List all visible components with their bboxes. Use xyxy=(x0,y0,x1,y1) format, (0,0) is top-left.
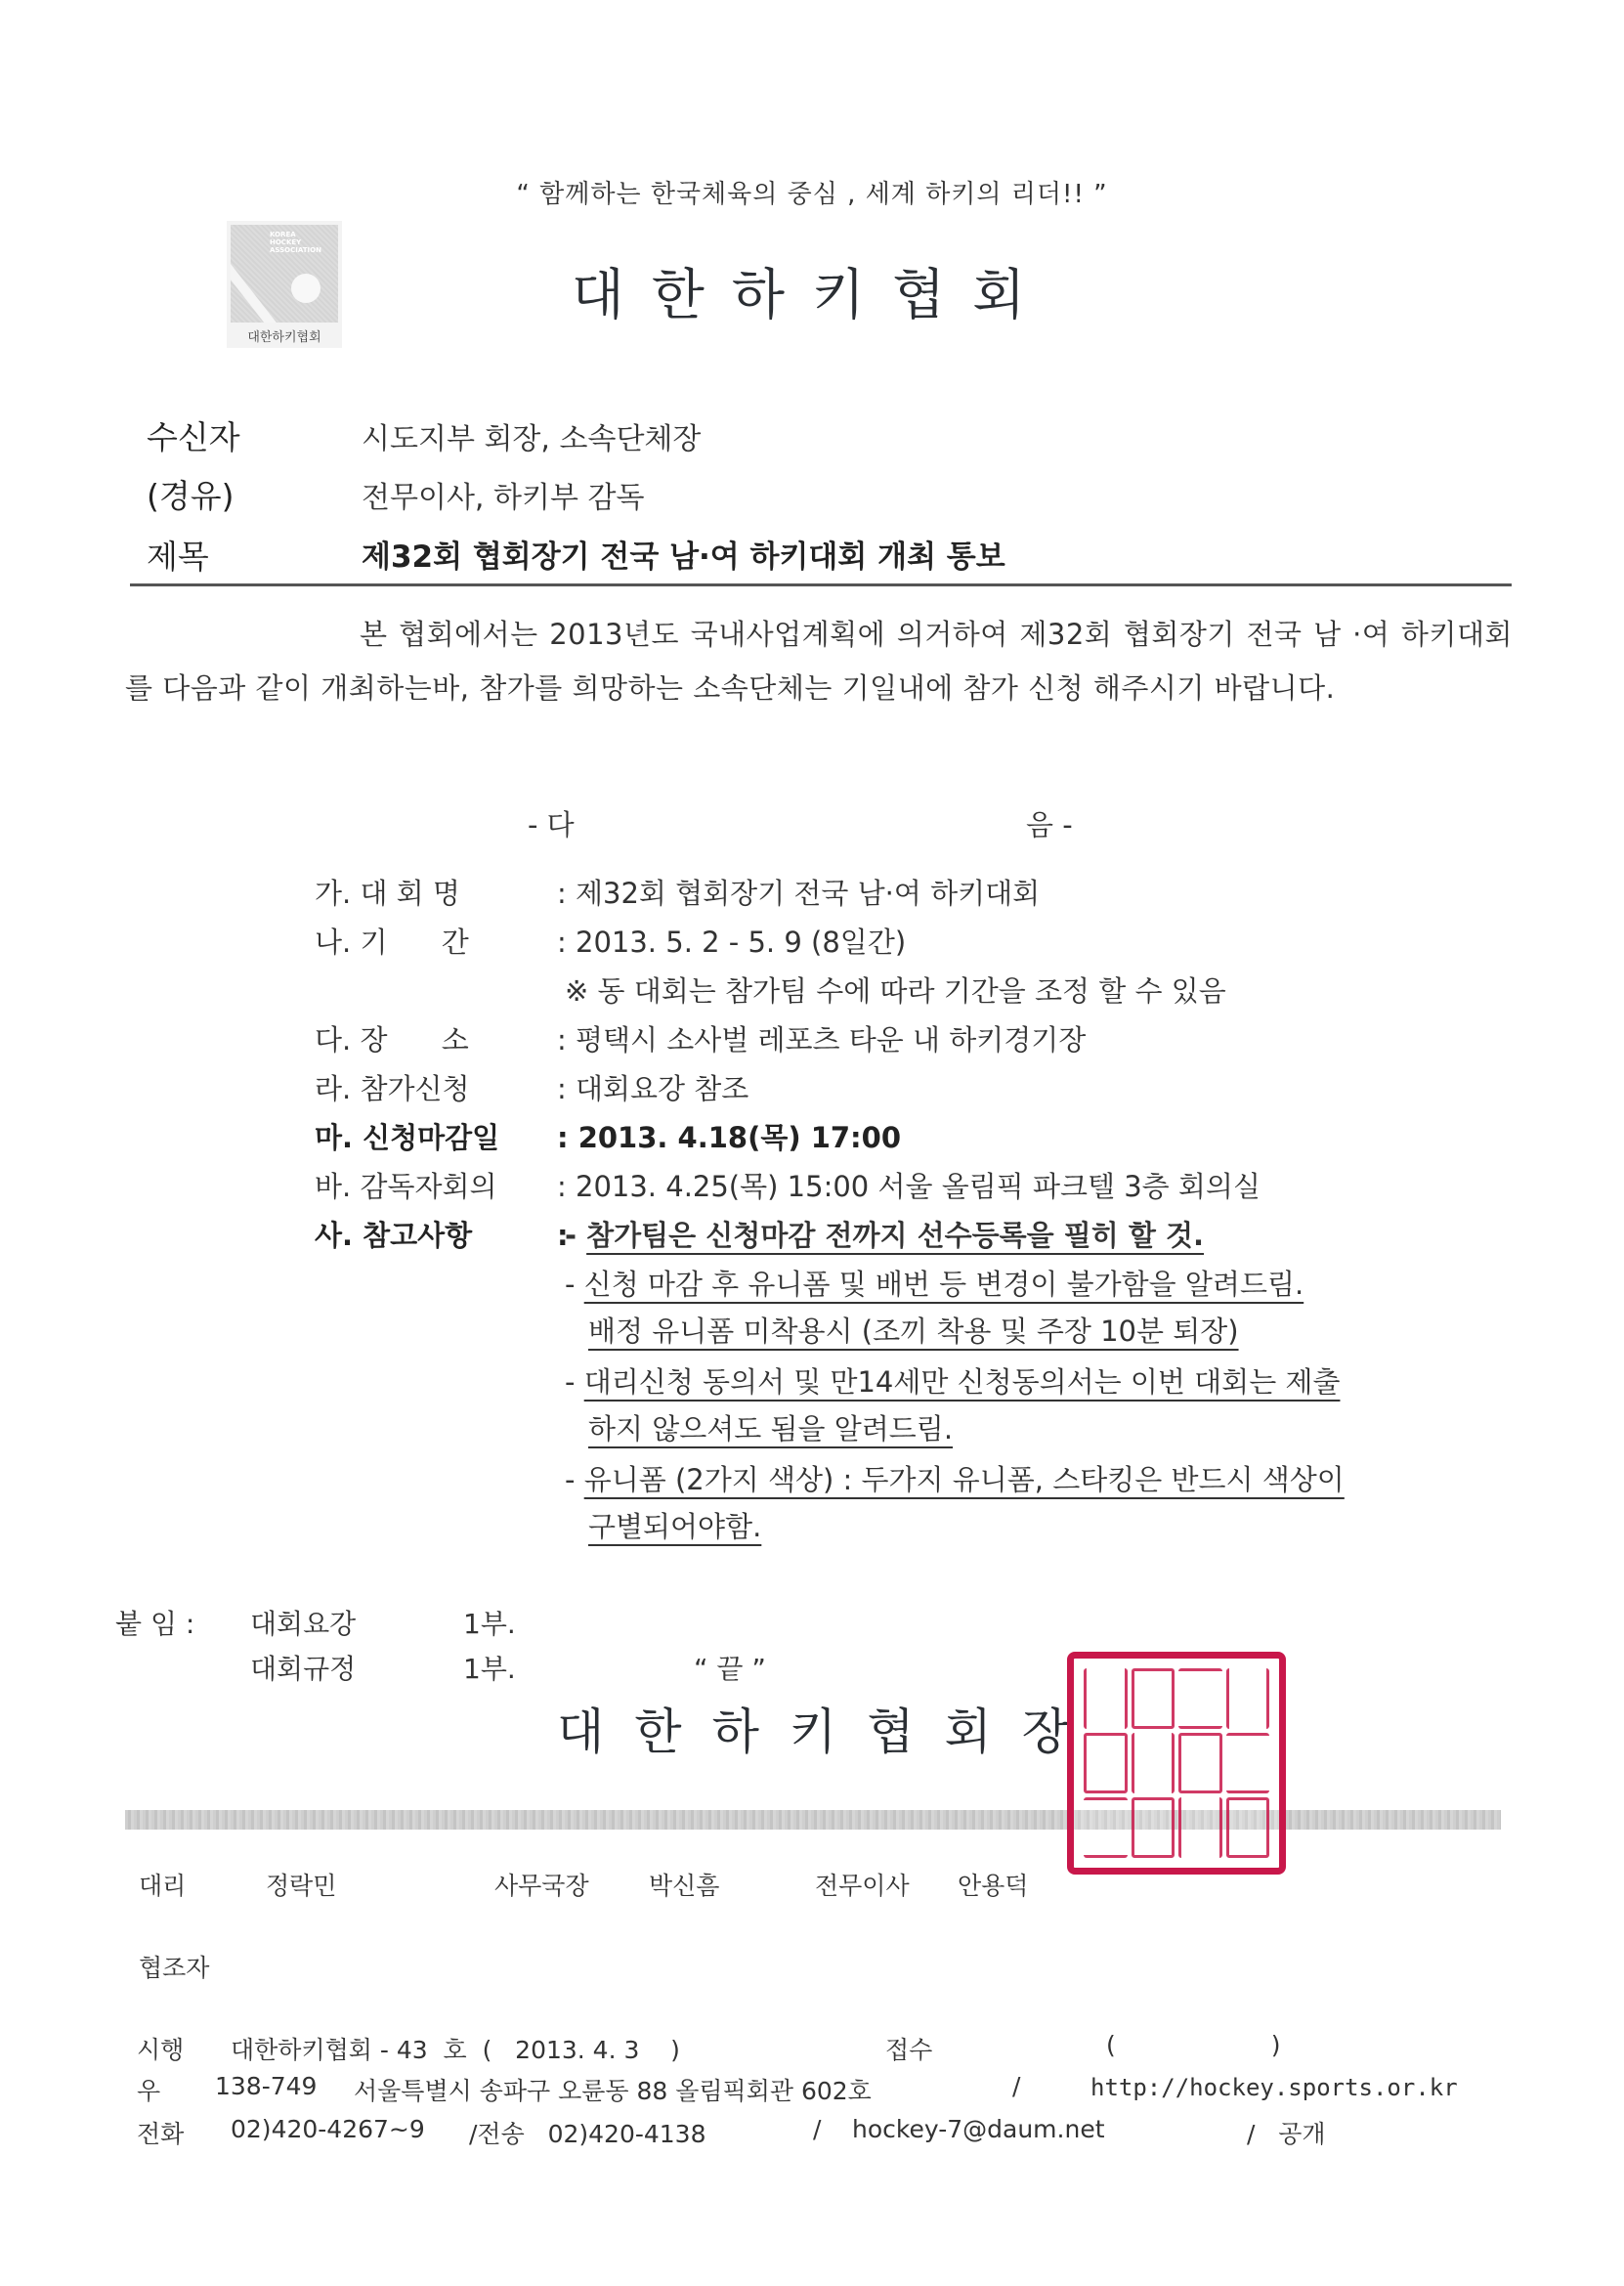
organization-title: 대한하키협회 xyxy=(0,252,1624,330)
approval-name: 박신흠 xyxy=(649,1867,719,1902)
approval-name: 안용덕 xyxy=(958,1867,1028,1902)
item-event-name: 가. 대 회 명: 제32회 협회장기 전국 남·여 하키대회 xyxy=(315,872,1040,912)
note-item-continued: 배정 유니폼 미착용시 (조끼 착용 및 주장 10분 퇴장) xyxy=(588,1310,1239,1350)
disclosure-status: / 공개 xyxy=(1247,2115,1326,2150)
end-mark: “ 끝 ” xyxy=(694,1648,766,1687)
note-item: - 참가팀은 신청마감 전까지 선수등록을 필히 할 것. xyxy=(565,1214,1204,1254)
item-period-note: ※ 동 대회는 참가팀 수에 따라 기간을 조정 할 수 있음 xyxy=(565,970,1226,1010)
address: 서울특별시 송파구 오륜동 88 올림픽회관 602호 xyxy=(354,2072,872,2107)
note-text: 유니폼 (2가지 색상) : 두가지 유니폼, 스타킹은 반드시 색상이 xyxy=(584,1463,1345,1496)
item-managers-meeting: 바. 감독자회의: 2013. 4.25(목) 15:00 서울 올림픽 파크텔… xyxy=(315,1165,1261,1205)
item-label: 다. 장 소 xyxy=(315,1018,557,1058)
note-text: 배정 유니폼 미착용시 (조끼 착용 및 주장 10분 퇴장) xyxy=(588,1315,1239,1348)
note-text: 구별되어야함. xyxy=(588,1510,761,1543)
item-application: 라. 참가신청: 대회요강 참조 xyxy=(315,1067,748,1107)
receipt-value: ( ) xyxy=(1106,2031,1280,2059)
website-link[interactable]: http://hockey.sports.or.kr xyxy=(1090,2074,1458,2101)
item-label: 바. 감독자회의 xyxy=(315,1165,557,1205)
issue-label: 시행 xyxy=(137,2031,184,2066)
approval-role: 대리 xyxy=(139,1867,186,1902)
item-references: 사. 참고사항: xyxy=(315,1214,569,1254)
cooperator-label: 협조자 xyxy=(139,1949,209,1984)
approval-name: 정락민 xyxy=(266,1867,336,1902)
item-value: 평택시 소사벌 레포츠 타운 내 하키경기장 xyxy=(576,1023,1086,1057)
approval-role: 사무국장 xyxy=(494,1867,589,1902)
phone-number: 02)420-4267~9 xyxy=(231,2115,425,2143)
recipient-value: 시도지부 회장, 소속단체장 xyxy=(362,414,701,457)
receipt-label: 접수 xyxy=(885,2031,932,2066)
phone-label: 전화 xyxy=(137,2115,184,2150)
item-value: 2013. 5. 2 - 5. 9 (8일간) xyxy=(576,926,906,959)
item-value: 대회요강 참조 xyxy=(576,1072,748,1105)
daum-right: 음 - xyxy=(1026,803,1073,843)
separator: / xyxy=(1012,2072,1020,2100)
attachment-label: 붙 임 : xyxy=(115,1603,194,1642)
item-label: 가. 대 회 명 xyxy=(315,872,557,912)
approval-role: 전무이사 xyxy=(815,1867,910,1902)
via-value: 전무이사, 하키부 감독 xyxy=(362,473,644,516)
item-value: 제32회 협회장기 전국 남·여 하키대회 xyxy=(576,877,1040,910)
attachment-count: 1부. xyxy=(463,1648,516,1687)
item-deadline: 마. 신청마감일: 2013. 4.18(목) 17:00 xyxy=(315,1116,901,1156)
note-text: 신청 마감 후 유니폼 및 배번 등 변경이 불가함을 알려드림. xyxy=(584,1268,1304,1301)
daum-left: - 다 xyxy=(528,803,575,843)
logo-text-line: KOREA xyxy=(270,231,321,238)
body-paragraph-text: 본 협회에서는 2013년도 국내사업계획에 의거하여 제32회 협회장기 전국… xyxy=(125,618,1513,705)
signature-divider xyxy=(125,1810,1501,1830)
note-item-continued: 하지 않으셔도 됨을 알려드림. xyxy=(588,1407,953,1447)
item-label: 라. 참가신청 xyxy=(315,1067,557,1107)
postal-code: 138-749 xyxy=(215,2072,317,2100)
issue-value: 대한하키협회 - 43 호 ( 2013. 4. 3 ) xyxy=(231,2031,680,2066)
fax-number: /전송 02)420-4138 xyxy=(469,2115,706,2150)
note-item: - 신청 마감 후 유니폼 및 배번 등 변경이 불가함을 알려드림. xyxy=(565,1263,1303,1303)
attachment-name: 대회규정 xyxy=(250,1648,356,1687)
slogan: “ 함께하는 한국체육의 중심 , 세계 하키의 리더!! ” xyxy=(0,174,1624,210)
item-value: 2013. 4.18(목) 17:00 xyxy=(578,1121,901,1154)
item-label: 사. 참고사항 xyxy=(315,1214,557,1254)
item-label: 나. 기 간 xyxy=(315,921,557,961)
official-seal-icon xyxy=(1067,1652,1286,1875)
note-text: 대리신청 동의서 및 만14세만 신청동의서는 이번 대회는 제출 xyxy=(584,1365,1341,1399)
postal-label: 우 xyxy=(137,2072,160,2107)
logo-text-line: HOCKEY xyxy=(270,238,321,246)
subject-label: 제목 xyxy=(147,532,209,578)
note-item: - 유니폼 (2가지 색상) : 두가지 유니폼, 스타킹은 반드시 색상이 xyxy=(565,1458,1345,1498)
via-label: (경유) xyxy=(147,471,235,517)
note-text: 하지 않으셔도 됨을 알려드림. xyxy=(588,1412,953,1445)
item-label: 마. 신청마감일 xyxy=(315,1116,557,1156)
note-item-continued: 구별되어야함. xyxy=(588,1505,761,1545)
email-link[interactable]: hockey-7@daum.net xyxy=(852,2115,1105,2143)
item-period: 나. 기 간: 2013. 5. 2 - 5. 9 (8일간) xyxy=(315,921,906,961)
recipient-label: 수신자 xyxy=(147,412,240,458)
attachment-count: 1부. xyxy=(463,1603,516,1642)
attachment-name: 대회요강 xyxy=(250,1603,356,1642)
subject-value: 제32회 협회장기 전국 남·여 하키대회 개최 통보 xyxy=(362,532,1005,576)
separator: / xyxy=(813,2115,821,2143)
note-item: - 대리신청 동의서 및 만14세만 신청동의서는 이번 대회는 제출 xyxy=(565,1360,1340,1401)
item-venue: 다. 장 소: 평택시 소사벌 레포츠 타운 내 하키경기장 xyxy=(315,1018,1086,1058)
note-text: 참가팀은 신청마감 전까지 선수등록을 필히 할 것. xyxy=(586,1219,1204,1252)
header-divider xyxy=(130,583,1512,586)
signature-title: 대한하키협회장 xyxy=(557,1693,1099,1763)
item-value: 2013. 4.25(목) 15:00 서울 올림픽 파크텔 3층 회의실 xyxy=(576,1170,1261,1203)
body-paragraph: 본 협회에서는 2013년도 국내사업계획에 의거하여 제32회 협회장기 전국… xyxy=(125,608,1513,715)
